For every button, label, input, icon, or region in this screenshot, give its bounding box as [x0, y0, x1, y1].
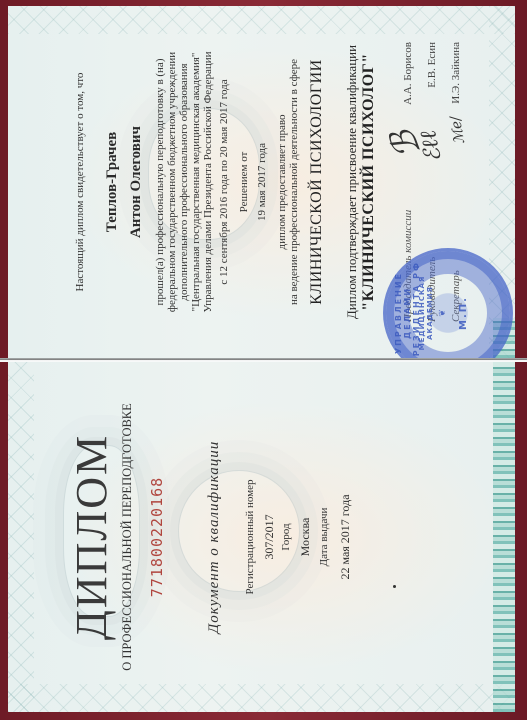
signature-director: ℰℓℓ — [415, 128, 447, 164]
signatory-name: А.А. Борисов — [402, 42, 414, 105]
signatory-name: И.Э. Зайкина — [450, 42, 462, 104]
holder-given-names: Антон Олегович — [128, 6, 145, 358]
signatory-name: Е.В. Есин — [426, 42, 438, 88]
seal-inner-text: МЕДИЦИНСКАЯ АКАДЕМИЯ — [418, 251, 434, 358]
city-label: Город — [280, 362, 292, 712]
diploma-content-page: Настоящий диплом свидетельствует о том, … — [8, 6, 515, 358]
study-period: с 12 сентября 2016 года по 20 мая 2017 г… — [218, 6, 231, 358]
ink-dot — [393, 585, 396, 588]
seal-ring-text: УПРАВЛЕНИЕ ДЕЛАМИ ПРЕЗИДЕНТА РФ — [394, 251, 421, 358]
decision-label: Решением от — [238, 6, 251, 358]
page-fold — [0, 358, 527, 362]
diploma-serial-number: 771800220168 — [148, 362, 166, 712]
reg-number-label: Регистрационный номер — [244, 362, 256, 712]
passed-line-4: "Центральная государственная медицинская… — [190, 6, 203, 358]
qualification-confirm: Диплом подтверждает присвоение квалифика… — [344, 6, 360, 358]
city-value: Москва — [298, 362, 313, 712]
security-stripe — [493, 362, 515, 712]
intro-text: Настоящий диплом свидетельствует о том, … — [74, 6, 87, 358]
diploma-subtitle: О ПРОФЕССИОНАЛЬНОЙ ПЕРЕПОДГОТОВКЕ — [120, 362, 135, 712]
diploma-title: ДИПЛОМ — [66, 362, 117, 712]
holder-surname: Теплов-Грачев — [104, 6, 121, 358]
guilloche-border-top — [8, 362, 34, 712]
diploma-title-page: ДИПЛОМ О ПРОФЕССИОНАЛЬНОЙ ПЕРЕПОДГОТОВКЕ… — [8, 362, 515, 712]
passed-line-1: прошел(а) профессиональную переподготовк… — [154, 6, 167, 358]
issue-date-value: 22 мая 2017 года — [338, 362, 353, 712]
rights-line-2: на ведение профессиональной деятельности… — [288, 6, 301, 358]
document-type: Документ о квалификации — [206, 362, 223, 712]
reg-number-value: 307/2017 — [262, 362, 277, 712]
qualification-name: "КЛИНИЧЕСКИЙ ПСИХОЛОГ" — [360, 6, 378, 358]
seal-emblem-icon: ❦ — [438, 251, 448, 358]
decision-date: 19 мая 2017 года — [256, 6, 269, 358]
rights-line-1: диплом предоставляет право — [276, 6, 289, 358]
passed-line-5: Управления делами Президента Российской … — [202, 6, 215, 358]
diploma-document: ДИПЛОМ О ПРОФЕССИОНАЛЬНОЙ ПЕРЕПОДГОТОВКЕ… — [0, 0, 527, 720]
issue-date-label: Дата выдачи — [318, 362, 330, 712]
passed-line-3: дополнительного профессионального образо… — [178, 6, 191, 358]
seal-mark: М.П. — [458, 251, 469, 358]
program-name: КЛИНИЧЕСКОЙ ПСИХОЛОГИИ — [308, 6, 326, 358]
passed-line-2: федеральном государственном бюджетном уч… — [166, 6, 179, 358]
